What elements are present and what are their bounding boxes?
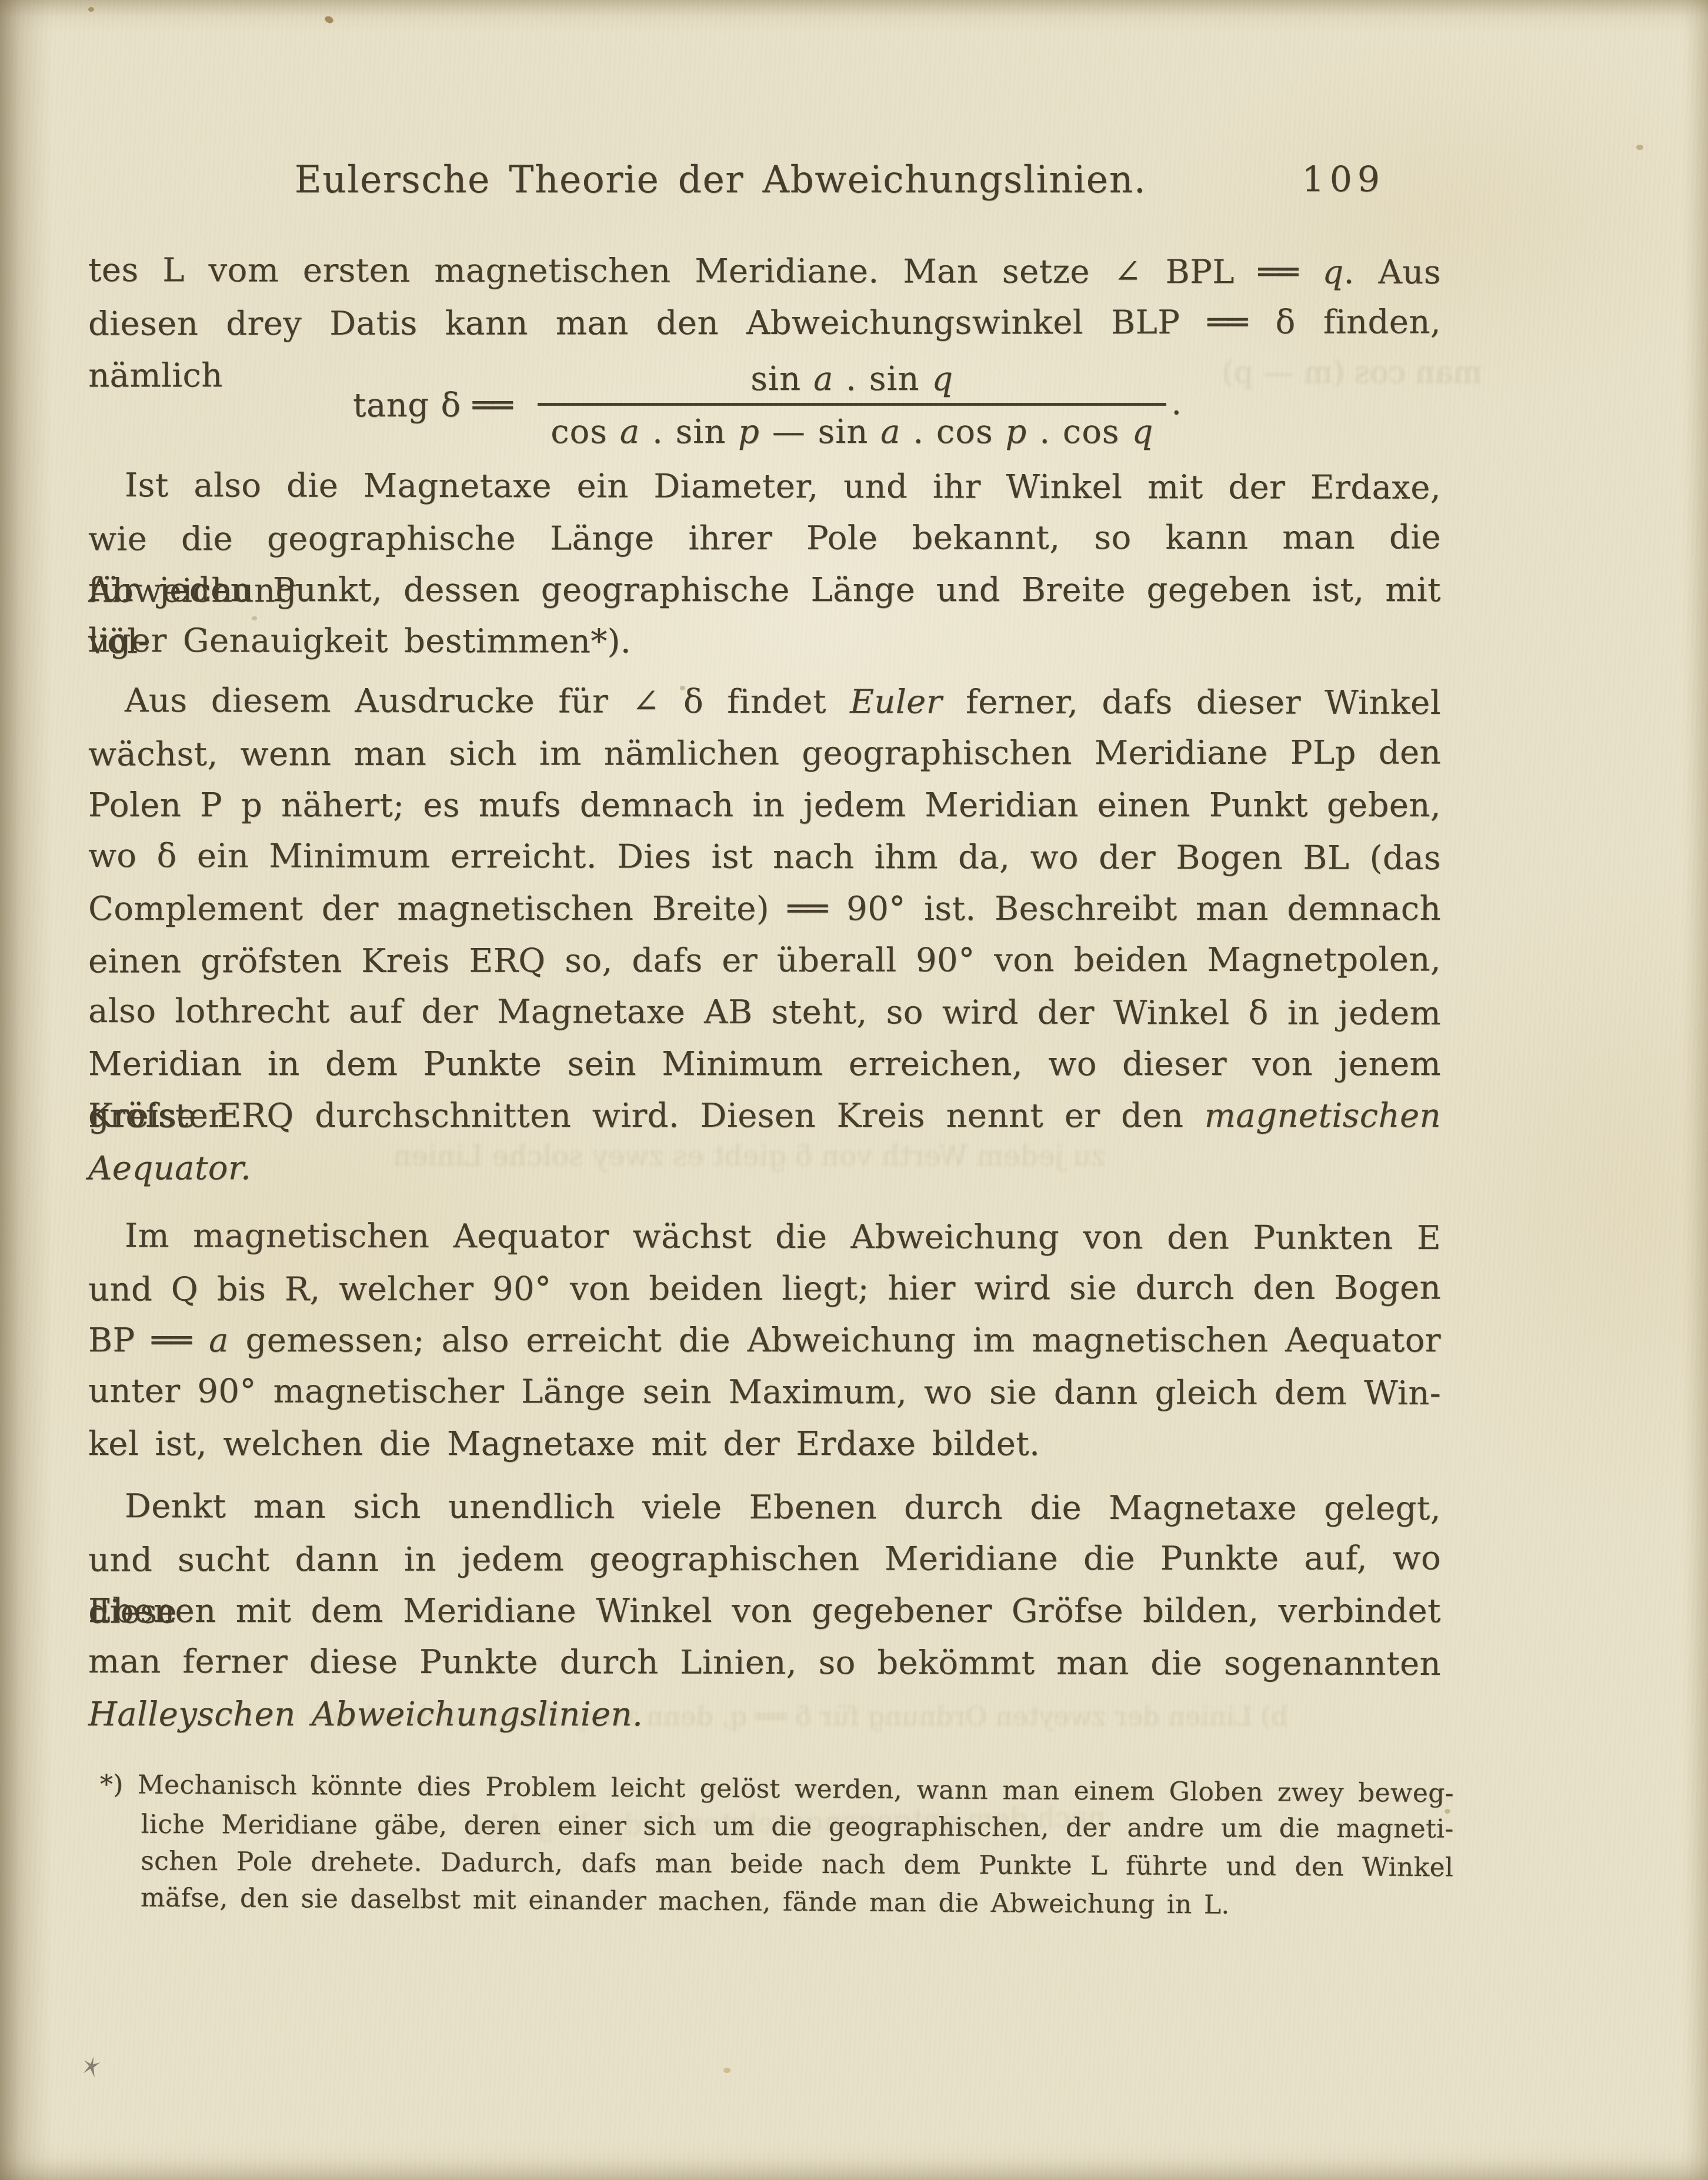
text-line: einen gröfsten Kreis ERQ so, dafs er übe…	[88, 934, 1441, 987]
text-segment: einen gröfsten Kreis ERQ so, dafs er übe…	[88, 940, 1441, 980]
text-segment: also lothrecht auf der Magnetaxe AB steh…	[88, 992, 1441, 1033]
text-line: kel ist, welchen die Magnetaxe mit der E…	[88, 1418, 1441, 1470]
text-segment: . cos	[1027, 413, 1132, 451]
page-header: Eulersche Theorie der Abweichungslinien.…	[88, 156, 1441, 203]
text-segment: Im magnetischen Aequator wächst die Abwe…	[125, 1217, 1441, 1257]
body-text: tes L vom ersten magnetischen Meridiane.…	[88, 246, 1441, 1741]
text-segment: ferner, dafs dieser Winkel	[942, 683, 1441, 722]
fraction-numerator: sin a . sin q	[538, 360, 1166, 403]
italic-text: magnetischen	[1205, 1097, 1441, 1135]
text-line: BP ══ a gemessen; also erreicht die Abwe…	[88, 1315, 1441, 1367]
text-line: man ferner diese Punkte durch Linien, so…	[88, 1636, 1441, 1690]
text-segment: tes L vom ersten magnetischen Meridiane.…	[88, 251, 1323, 292]
text-line: Polen P p nähert; es mufs demnach in jed…	[88, 780, 1441, 832]
paper-speck	[88, 7, 94, 12]
text-line: Kreise ERQ durchschnitten wird. Diesen K…	[88, 1090, 1441, 1142]
fraction-denominator: cos a . sin p — sin a . cos p . cos q	[538, 403, 1166, 451]
text-segment: wächst, wenn man sich im nämlichen geogr…	[88, 733, 1441, 773]
text-line: und sucht dann in jedem geographischen M…	[88, 1533, 1441, 1586]
text-segment: Aus diesem Ausdrucke für ∠ δ findet	[125, 682, 850, 721]
text-segment: Polen P p nähert; es mufs demnach in jed…	[88, 786, 1441, 824]
ink-blemish	[79, 2053, 104, 2082]
text-segment: Complement der magnetischen Breite) ══ 9…	[88, 890, 1441, 928]
text-segment: schen Pole drehete. Dadurch, dafs man be…	[141, 1846, 1453, 1882]
text-line: Im magnetischen Aequator wächst die Abwe…	[88, 1210, 1441, 1264]
running-title: Eulersche Theorie der Abweichungslinien.	[88, 156, 1441, 203]
text-segment: und Q bis R, welcher 90° von beiden lieg…	[88, 1268, 1441, 1308]
text-line: und Q bis R, welcher 90° von beiden lieg…	[88, 1262, 1441, 1316]
text-segment: Kreise ERQ durchschnitten wird. Diesen K…	[88, 1097, 1205, 1135]
text-segment: . sin	[640, 413, 738, 451]
italic-text: a	[209, 1321, 229, 1360]
paper-speck	[323, 15, 334, 24]
formula: tang δ ══ sin a . sin q cos a . sin p — …	[88, 349, 1441, 461]
text-segment: . cos	[900, 413, 1005, 451]
italic-text: q	[1322, 253, 1343, 292]
italic-text: p	[738, 413, 760, 451]
italic-text: Halleyschen Abweichungslinien.	[88, 1695, 643, 1734]
text-segment: man ferner diese Punkte durch Linien, so…	[88, 1642, 1441, 1683]
text-line: Ist also die Magnetaxe ein Diameter, und…	[88, 460, 1441, 514]
text-segment: *) Mechanisch könnte dies Problem leicht…	[100, 1770, 1454, 1808]
formula-period: .	[1171, 384, 1182, 422]
paper-speck	[1636, 145, 1643, 150]
text-line: wie die geographische Länge ihrer Pole b…	[88, 512, 1441, 565]
paper-speck	[723, 2068, 730, 2073]
text-segment: liger Genauigkeit bestimmen*).	[88, 622, 631, 661]
text-line: Ebenen mit dem Meridiane Winkel von gege…	[88, 1585, 1441, 1637]
book-page: man cos (m — p) zu jedem Werth von δ gie…	[0, 0, 1708, 2180]
text-segment: Ebenen mit dem Meridiane Winkel von gege…	[88, 1592, 1441, 1630]
text-line: Complement der magnetischen Breite) ══ 9…	[88, 883, 1441, 935]
italic-text: a	[880, 413, 900, 451]
italic-text: Aequator.	[88, 1149, 251, 1187]
text-segment: . Aus	[1344, 253, 1441, 292]
italic-text: q	[932, 360, 953, 398]
text-line: also lothrecht auf der Magnetaxe AB steh…	[88, 986, 1441, 1040]
text-line: *) Mechanisch könnte dies Problem leicht…	[100, 1766, 1454, 1812]
text-segment: mäfse, den sie daselbst mit einander mac…	[141, 1882, 1230, 1919]
footnote: *) Mechanisch könnte dies Problem leicht…	[99, 1767, 1454, 1924]
text-segment: cos	[551, 413, 620, 451]
text-line: mäfse, den sie daselbst mit einander mac…	[99, 1879, 1453, 1925]
paragraph: Ist also die Magnetaxe ein Diameter, und…	[88, 461, 1441, 668]
paragraph-group: Ist also die Magnetaxe ein Diameter, und…	[88, 461, 1441, 1741]
text-segment: kel ist, welchen die Magnetaxe mit der E…	[88, 1425, 1040, 1463]
text-segment: tang δ	[353, 386, 473, 425]
text-line: Denkt man sich unendlich viele Ebenen du…	[88, 1481, 1441, 1535]
text-line: wo δ ein Minimum erreicht. Dies ist nach…	[88, 830, 1441, 884]
fraction: sin a . sin q cos a . sin p — sin a . co…	[538, 360, 1166, 451]
text-segment: Denkt man sich unendlich viele Ebenen du…	[125, 1487, 1441, 1528]
text-line: liger Genauigkeit bestimmen*).	[88, 615, 1441, 669]
text-segment: BP ══	[88, 1321, 209, 1360]
formula-lhs: tang δ ══	[353, 386, 513, 425]
italic-text: Euler	[850, 683, 942, 721]
text-line: liche Meridiane gäbe, deren einer sich u…	[99, 1806, 1453, 1848]
page-number: 109	[1302, 156, 1385, 203]
text-segment: gemessen; also erreicht die Abweichung i…	[229, 1321, 1441, 1360]
text-segment: — sin	[760, 413, 880, 451]
text-line: Aequator.	[88, 1141, 1441, 1194]
italic-text: a	[620, 413, 640, 451]
text-line: wächst, wenn man sich im nämlichen geogr…	[88, 727, 1441, 780]
paragraph: Im magnetischen Aequator wächst die Abwe…	[88, 1211, 1441, 1470]
text-segment: unter 90° magnetischer Länge sein Maximu…	[88, 1372, 1441, 1413]
paragraph: tes L vom ersten magnetischen Meridiane.…	[88, 246, 1441, 349]
text-segment: Ist also die Magnetaxe ein Diameter, und…	[125, 466, 1441, 507]
paragraph: Denkt man sich unendlich viele Ebenen du…	[88, 1482, 1441, 1741]
text-line: unter 90° magnetischer Länge sein Maximu…	[88, 1366, 1441, 1420]
italic-text: q	[1132, 413, 1153, 451]
paragraph: Aus diesem Ausdrucke für ∠ δ findet Eule…	[88, 676, 1441, 1194]
text-segment: wo δ ein Minimum erreicht. Dies ist nach…	[88, 837, 1441, 877]
text-line: Meridian in dem Punkte sein Minimum erre…	[88, 1039, 1441, 1090]
paragraph-group: tes L vom ersten magnetischen Meridiane.…	[88, 246, 1441, 349]
text-segment: ══	[473, 386, 513, 425]
text-line: diesen drey Datis kann man den Abweichun…	[88, 296, 1441, 350]
text-line: Aus diesem Ausdrucke für ∠ δ findet Eule…	[88, 675, 1441, 729]
italic-text: a	[813, 360, 833, 398]
text-segment: liche Meridiane gäbe, deren einer sich u…	[141, 1810, 1453, 1844]
text-segment: . sin	[833, 360, 932, 398]
text-segment: sin	[750, 360, 813, 398]
italic-text: p	[1006, 413, 1028, 451]
text-line: tes L vom ersten magnetischen Meridiane.…	[88, 245, 1441, 299]
text-line: Halleyschen Abweichungslinien.	[88, 1689, 1441, 1741]
